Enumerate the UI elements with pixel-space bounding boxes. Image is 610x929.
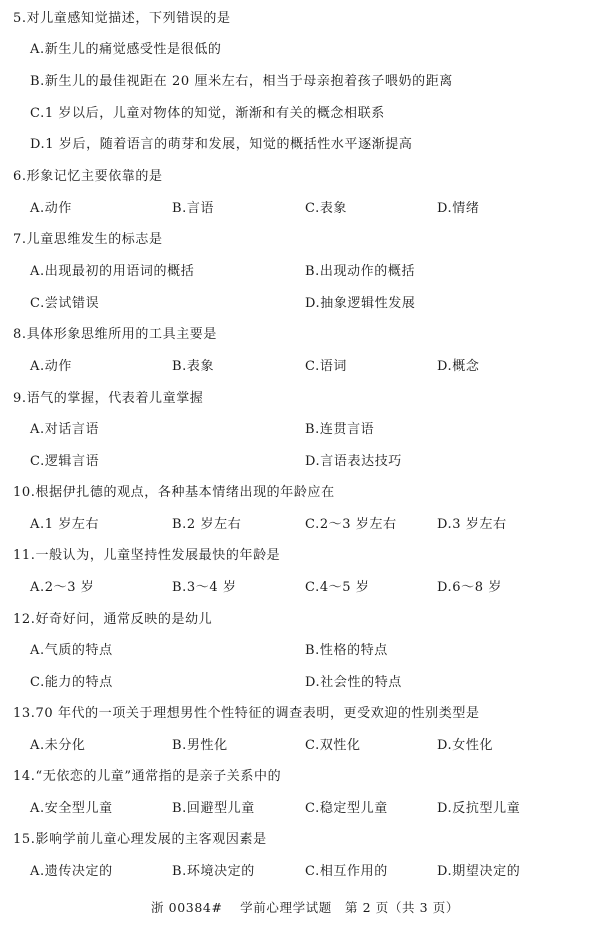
question-12-option-a: A.气质的特点 (30, 641, 113, 661)
question-14-options: A.安全型儿童 B.回避型儿童 C.稳定型儿童 D.反抗型儿童 (0, 799, 610, 819)
question-7-option-b: B.出现动作的概括 (305, 262, 415, 282)
question-5-option-d: D.1 岁后，随着语言的萌芽和发展，知觉的概括性水平逐渐提高 (30, 135, 413, 155)
question-11-options: A.2～3 岁 B.3～4 岁 C.4～5 岁 D.6～8 岁 (0, 578, 610, 598)
question-7-stem: 7.儿童思维发生的标志是 (13, 230, 163, 250)
question-13-option-c: C.双性化 (305, 736, 361, 756)
question-7-option-c: C.尝试错误 (30, 294, 99, 314)
question-6-option-d: D.情绪 (437, 199, 480, 219)
question-10-option-d: D.3 岁左右 (437, 515, 507, 535)
question-8-option-b: B.表象 (172, 357, 214, 377)
question-5-option-b: B.新生儿的最佳视距在 20 厘米左右，相当于母亲抱着孩子喂奶的距离 (30, 72, 453, 92)
page-footer: 浙 00384# 学前心理学试题 第 2 页（共 3 页） (0, 898, 610, 916)
question-10-option-a: A.1 岁左右 (30, 515, 99, 535)
question-14-option-a: A.安全型儿童 (30, 799, 113, 819)
question-11-option-a: A.2～3 岁 (30, 578, 94, 598)
question-9-option-b: B.连贯言语 (305, 420, 374, 440)
question-6-option-a: A.动作 (30, 199, 72, 219)
question-15-option-c: C.相互作用的 (305, 862, 388, 882)
question-15-option-d: D.期望决定的 (437, 862, 520, 882)
question-13-option-d: D.女性化 (437, 736, 493, 756)
question-12-stem: 12.好奇好问，通常反映的是幼儿 (13, 610, 212, 630)
question-10-stem: 10.根据伊扎德的观点，各种基本情绪出现的年龄应在 (13, 483, 335, 503)
question-11-stem: 11.一般认为，儿童坚持性发展最快的年龄是 (13, 546, 280, 566)
question-10-option-c: C.2～3 岁左右 (305, 515, 397, 535)
question-7-options-row2: C.尝试错误 D.抽象逻辑性发展 (0, 294, 610, 314)
question-13-options: A.未分化 B.男性化 C.双性化 D.女性化 (0, 736, 610, 756)
question-14-option-b: B.回避型儿童 (172, 799, 255, 819)
question-8-stem: 8.具体形象思维所用的工具主要是 (13, 325, 217, 345)
question-14-stem: 14.“无依恋的儿童”通常指的是亲子关系中的 (13, 767, 281, 787)
question-6-options: A.动作 B.言语 C.表象 D.情绪 (0, 199, 610, 219)
question-5-option-a: A.新生儿的痛觉感受性是很低的 (30, 40, 222, 60)
exam-page: 5.对儿童感知觉描述，下列错误的是 A.新生儿的痛觉感受性是很低的 B.新生儿的… (0, 0, 610, 929)
question-15-options: A.遗传决定的 B.环境决定的 C.相互作用的 D.期望决定的 (0, 862, 610, 882)
question-9-option-a: A.对话言语 (30, 420, 99, 440)
question-9-stem: 9.语气的掌握，代表着儿童掌握 (13, 389, 203, 409)
question-5-stem: 5.对儿童感知觉描述，下列错误的是 (13, 9, 231, 29)
question-8-option-a: A.动作 (30, 357, 72, 377)
question-10-option-b: B.2 岁左右 (172, 515, 241, 535)
question-14-option-d: D.反抗型儿童 (437, 799, 520, 819)
question-5-option-c: C.1 岁以后，儿童对物体的知觉，渐渐和有关的概念相联系 (30, 104, 385, 124)
question-12-option-b: B.性格的特点 (305, 641, 388, 661)
question-6-stem: 6.形象记忆主要依靠的是 (13, 167, 163, 187)
question-15-stem: 15.影响学前儿童心理发展的主客观因素是 (13, 830, 267, 850)
question-14-option-c: C.稳定型儿童 (305, 799, 388, 819)
question-9-option-c: C.逻辑言语 (30, 452, 99, 472)
question-12-option-d: D.社会性的特点 (305, 673, 402, 693)
question-13-stem: 13.70 年代的一项关于理想男性个性特征的调查表明，更受欢迎的性别类型是 (13, 704, 480, 724)
question-9-options-row1: A.对话言语 B.连贯言语 (0, 420, 610, 440)
question-8-option-d: D.概念 (437, 357, 480, 377)
question-11-option-b: B.3～4 岁 (172, 578, 237, 598)
question-7-option-a: A.出现最初的用语词的概括 (30, 262, 194, 282)
question-13-option-b: B.男性化 (172, 736, 228, 756)
question-6-option-c: C.表象 (305, 199, 347, 219)
question-9-options-row2: C.逻辑言语 D.言语表达技巧 (0, 452, 610, 472)
question-6-option-b: B.言语 (172, 199, 214, 219)
question-11-option-c: C.4～5 岁 (305, 578, 370, 598)
question-10-options: A.1 岁左右 B.2 岁左右 C.2～3 岁左右 D.3 岁左右 (0, 515, 610, 535)
question-12-options-row2: C.能力的特点 D.社会性的特点 (0, 673, 610, 693)
question-7-option-d: D.抽象逻辑性发展 (305, 294, 416, 314)
question-15-option-a: A.遗传决定的 (30, 862, 113, 882)
question-15-option-b: B.环境决定的 (172, 862, 255, 882)
question-8-options: A.动作 B.表象 C.语词 D.概念 (0, 357, 610, 377)
question-13-option-a: A.未分化 (30, 736, 86, 756)
question-9-option-d: D.言语表达技巧 (305, 452, 402, 472)
question-12-options-row1: A.气质的特点 B.性格的特点 (0, 641, 610, 661)
question-8-option-c: C.语词 (305, 357, 347, 377)
question-11-option-d: D.6～8 岁 (437, 578, 502, 598)
question-7-options-row1: A.出现最初的用语词的概括 B.出现动作的概括 (0, 262, 610, 282)
question-12-option-c: C.能力的特点 (30, 673, 113, 693)
